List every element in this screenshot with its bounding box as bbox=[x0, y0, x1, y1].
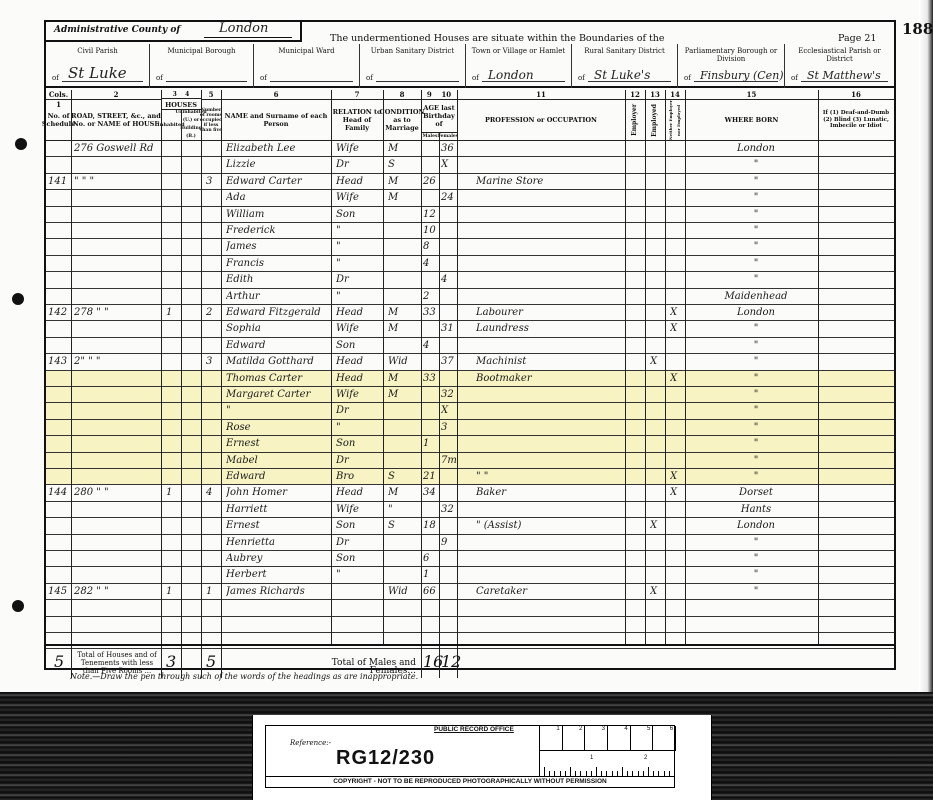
census-row: 1432" " "3Matilda GotthardHeadWid37Machi… bbox=[46, 354, 894, 370]
cell-born bbox=[696, 600, 816, 616]
cell-schedule bbox=[48, 535, 71, 551]
cell-employer bbox=[630, 600, 644, 616]
col-num-16: 16 bbox=[818, 90, 894, 100]
cell-age-f: X bbox=[441, 157, 457, 173]
cell-neither bbox=[670, 387, 684, 403]
cell-age-m bbox=[423, 502, 439, 518]
census-row: 145282 " "11James RichardsWid66Caretaker… bbox=[46, 584, 894, 600]
cell-inhabited bbox=[166, 567, 180, 583]
cell-rooms bbox=[206, 256, 220, 272]
cell-inhabited bbox=[166, 436, 180, 452]
total-inhabited: 3 bbox=[166, 652, 176, 671]
cell-age-f: 31 bbox=[441, 321, 457, 337]
cell-age-f: 4 bbox=[441, 272, 457, 288]
cell-name: Elizabeth Lee bbox=[226, 141, 330, 157]
reference-card: PUBLIC RECORD OFFICE Reference:- RG12/23… bbox=[252, 715, 712, 800]
cell-inhabited bbox=[166, 600, 180, 616]
cell-age-f bbox=[441, 256, 457, 272]
cell-condition: S bbox=[388, 518, 420, 534]
cell-inhabited bbox=[166, 239, 180, 255]
cell-employed bbox=[650, 207, 664, 223]
cell-age-m: 33 bbox=[423, 371, 439, 387]
cell-age-m bbox=[423, 321, 439, 337]
cell-condition: Wid bbox=[388, 584, 420, 600]
cell-rooms bbox=[206, 289, 220, 305]
census-row: Thomas CarterHeadM33BootmakerX" bbox=[46, 371, 894, 387]
cell-address bbox=[74, 190, 160, 206]
cell-schedule bbox=[48, 436, 71, 452]
cell-relation: Dr bbox=[336, 157, 382, 173]
cell-schedule bbox=[48, 223, 71, 239]
cell-condition bbox=[388, 403, 420, 419]
cell-neither bbox=[670, 617, 684, 633]
cell-occupation bbox=[476, 387, 624, 403]
census-row: 144280 " "14John HomerHeadM34BakerXDorse… bbox=[46, 485, 894, 501]
cell-occupation bbox=[476, 239, 624, 255]
cell-condition bbox=[388, 453, 420, 469]
cell-employed bbox=[650, 403, 664, 419]
cell-age-f bbox=[441, 567, 457, 583]
cell-address bbox=[74, 518, 160, 534]
cell-name: William bbox=[226, 207, 330, 223]
census-row: James"8" bbox=[46, 239, 894, 255]
cell-relation: Wife bbox=[336, 321, 382, 337]
cell-employed bbox=[650, 305, 664, 321]
census-row bbox=[46, 617, 894, 633]
cell-age-m bbox=[423, 387, 439, 403]
cell-address bbox=[74, 436, 160, 452]
cell-name: Ernest bbox=[226, 436, 330, 452]
cell-employed bbox=[650, 551, 664, 567]
census-row: EdwardSon4" bbox=[46, 338, 894, 354]
area-ecclesiastical-parish: Ecclesiastical Parish or District of St … bbox=[784, 44, 894, 88]
cell-address: 2" " " bbox=[74, 354, 160, 370]
cell-employed bbox=[650, 453, 664, 469]
cell-employer bbox=[630, 403, 644, 419]
cell-inhabited bbox=[166, 207, 180, 223]
cell-age-m bbox=[423, 272, 439, 288]
cell-address bbox=[74, 453, 160, 469]
cell-age-m: 4 bbox=[423, 256, 439, 272]
cell-occupation: Labourer bbox=[476, 305, 624, 321]
cell-age-m: 34 bbox=[423, 485, 439, 501]
cell-employed bbox=[650, 502, 664, 518]
cell-address: 280 " " bbox=[74, 485, 160, 501]
cell-name: Aubrey bbox=[226, 551, 330, 567]
punch-hole bbox=[12, 293, 24, 305]
administrative-county-label: Administrative County of bbox=[54, 25, 180, 35]
cell-schedule bbox=[48, 321, 71, 337]
cell-name: Edward bbox=[226, 469, 330, 485]
cell-inhabited bbox=[166, 272, 180, 288]
cell-address bbox=[74, 617, 160, 633]
cell-rooms bbox=[206, 371, 220, 387]
cell-neither bbox=[670, 567, 684, 583]
cell-age-m: 1 bbox=[423, 567, 439, 583]
cell-condition: M bbox=[388, 485, 420, 501]
cell-born: " bbox=[696, 584, 816, 600]
col-num-12: 12 bbox=[625, 90, 645, 100]
cell-employed bbox=[650, 223, 664, 239]
cell-employer bbox=[630, 354, 644, 370]
census-row: Herbert"1" bbox=[46, 567, 894, 583]
cell-employer bbox=[630, 256, 644, 272]
cell-condition bbox=[388, 600, 420, 616]
cell-occupation bbox=[476, 141, 624, 157]
area-rural-sanitary-district: Rural Sanitary District of St Luke's bbox=[571, 44, 677, 88]
cell-born: " bbox=[696, 535, 816, 551]
cell-name: John Homer bbox=[226, 485, 330, 501]
cell-employed bbox=[650, 567, 664, 583]
census-row bbox=[46, 600, 894, 616]
cell-age-f: 36 bbox=[441, 141, 457, 157]
cell-schedule bbox=[48, 338, 71, 354]
cell-name: James bbox=[226, 239, 330, 255]
cell-employer bbox=[630, 420, 644, 436]
census-row: AubreySon6" bbox=[46, 551, 894, 567]
cell-condition bbox=[388, 239, 420, 255]
cell-born: " bbox=[696, 321, 816, 337]
census-row: Arthur"2Maidenhead bbox=[46, 289, 894, 305]
cell-rooms bbox=[206, 207, 220, 223]
cell-relation: Head bbox=[336, 485, 382, 501]
cell-address bbox=[74, 239, 160, 255]
cell-schedule: 145 bbox=[48, 584, 71, 600]
cell-condition: M bbox=[388, 190, 420, 206]
cell-inhabited bbox=[166, 453, 180, 469]
cell-age-m bbox=[423, 600, 439, 616]
cell-neither bbox=[670, 502, 684, 518]
cell-inhabited bbox=[166, 256, 180, 272]
cell-relation: Head bbox=[336, 371, 382, 387]
cell-employer bbox=[630, 485, 644, 501]
cell-rooms bbox=[206, 141, 220, 157]
area-municipal-borough: Municipal Borough of bbox=[149, 44, 253, 88]
cell-name: Lizzie bbox=[226, 157, 330, 173]
cell-schedule bbox=[48, 239, 71, 255]
reference-label: Reference:- bbox=[290, 739, 331, 747]
cell-born: " bbox=[696, 436, 816, 452]
punch-hole bbox=[12, 600, 24, 612]
cell-occupation bbox=[476, 420, 624, 436]
cell-schedule bbox=[48, 518, 71, 534]
cell-born: " bbox=[696, 403, 816, 419]
cell-occupation: Baker bbox=[476, 485, 624, 501]
cell-born: " bbox=[696, 371, 816, 387]
cell-age-f bbox=[441, 551, 457, 567]
cell-relation: Head bbox=[336, 305, 382, 321]
cell-age-m bbox=[423, 453, 439, 469]
cell-born: " bbox=[696, 453, 816, 469]
cell-name bbox=[226, 600, 330, 616]
cell-condition bbox=[388, 289, 420, 305]
cell-neither bbox=[670, 272, 684, 288]
cell-address bbox=[74, 567, 160, 583]
col-num-11: 11 bbox=[457, 90, 625, 100]
cell-age-f: 32 bbox=[441, 387, 457, 403]
col-num-6: 6 bbox=[221, 90, 331, 100]
cell-address bbox=[74, 289, 160, 305]
cell-relation: Son bbox=[336, 551, 382, 567]
cell-occupation: Laundress bbox=[476, 321, 624, 337]
cell-address: " " " bbox=[74, 174, 160, 190]
cell-rooms bbox=[206, 518, 220, 534]
cell-relation: " bbox=[336, 567, 382, 583]
cell-neither bbox=[670, 338, 684, 354]
cell-employer bbox=[630, 518, 644, 534]
cell-address bbox=[74, 403, 160, 419]
cell-name: Mabel bbox=[226, 453, 330, 469]
punch-hole bbox=[15, 138, 27, 150]
cell-employed bbox=[650, 371, 664, 387]
col-header-occupation: PROFESSION or OCCUPATION bbox=[457, 100, 625, 140]
cell-name: Harriett bbox=[226, 502, 330, 518]
cell-employed bbox=[650, 600, 664, 616]
cell-age-m bbox=[423, 190, 439, 206]
cell-relation: Wife bbox=[336, 141, 382, 157]
cell-inhabited bbox=[166, 403, 180, 419]
census-row: Francis"4" bbox=[46, 256, 894, 272]
cell-rooms bbox=[206, 551, 220, 567]
census-row: Rose"3" bbox=[46, 420, 894, 436]
col-header-neither: Neither Employer nor Employed bbox=[665, 100, 685, 140]
cell-born: " bbox=[696, 239, 816, 255]
cell-address bbox=[74, 272, 160, 288]
cell-neither bbox=[670, 600, 684, 616]
census-row: WilliamSon12" bbox=[46, 207, 894, 223]
cell-employer bbox=[630, 207, 644, 223]
col-header-where-born: WHERE BORN bbox=[685, 100, 818, 140]
cell-neither bbox=[670, 453, 684, 469]
col-header-address: ROAD, STREET, &c., and No. or NAME of HO… bbox=[71, 100, 161, 140]
total-rooms: 5 bbox=[206, 652, 216, 671]
cell-rooms bbox=[206, 600, 220, 616]
area-parliamentary-borough: Parliamentary Borough or Division of Fin… bbox=[677, 44, 784, 88]
cell-employer bbox=[630, 387, 644, 403]
cell-rooms: 3 bbox=[206, 174, 220, 190]
cell-age-f bbox=[441, 584, 457, 600]
area-town-village-hamlet: Town or Village or Hamlet of London bbox=[465, 44, 571, 88]
cell-occupation bbox=[476, 436, 624, 452]
cell-neither bbox=[670, 223, 684, 239]
col-header-males: Males bbox=[421, 132, 439, 140]
age-group-header: AGE last Birthday of bbox=[421, 100, 457, 132]
cell-employed bbox=[650, 436, 664, 452]
cell-address: 278 " " bbox=[74, 305, 160, 321]
cell-employer bbox=[630, 272, 644, 288]
cell-age-m bbox=[423, 157, 439, 173]
cell-rooms bbox=[206, 387, 220, 403]
cell-name: Frederick bbox=[226, 223, 330, 239]
cell-employed: X bbox=[650, 518, 664, 534]
col-header-employer: Employer bbox=[625, 100, 645, 140]
cell-inhabited bbox=[166, 518, 180, 534]
col-header-uninhabited: Uninhabited (U.) or Building (B.) bbox=[181, 110, 201, 140]
cell-name: Ernest bbox=[226, 518, 330, 534]
cell-neither: X bbox=[670, 321, 684, 337]
cell-born: " bbox=[696, 420, 816, 436]
cell-occupation bbox=[476, 403, 624, 419]
cell-age-f bbox=[441, 469, 457, 485]
cell-born: London bbox=[696, 305, 816, 321]
cell-schedule bbox=[48, 207, 71, 223]
cell-relation bbox=[336, 600, 382, 616]
cell-born: Hants bbox=[696, 502, 816, 518]
col-num-2: 2 bbox=[71, 90, 161, 100]
cell-address bbox=[74, 157, 160, 173]
cell-inhabited bbox=[166, 387, 180, 403]
col-header-condition: CONDITION as to Marriage bbox=[383, 100, 421, 140]
cell-employer bbox=[630, 223, 644, 239]
cell-rooms bbox=[206, 338, 220, 354]
cell-address bbox=[74, 387, 160, 403]
cell-rooms bbox=[206, 469, 220, 485]
cell-age-f: 9 bbox=[441, 535, 457, 551]
cell-inhabited bbox=[166, 354, 180, 370]
cell-age-f bbox=[441, 174, 457, 190]
cell-inhabited bbox=[166, 551, 180, 567]
cell-occupation bbox=[476, 502, 624, 518]
cell-schedule bbox=[48, 190, 71, 206]
cell-occupation bbox=[476, 338, 624, 354]
cell-neither bbox=[670, 239, 684, 255]
cell-neither bbox=[670, 420, 684, 436]
cell-age-f bbox=[441, 518, 457, 534]
cell-schedule: 143 bbox=[48, 354, 71, 370]
cell-relation: Son bbox=[336, 518, 382, 534]
cell-occupation: Bootmaker bbox=[476, 371, 624, 387]
cell-relation: Dr bbox=[336, 403, 382, 419]
cell-inhabited bbox=[166, 535, 180, 551]
cell-employer bbox=[630, 617, 644, 633]
cell-inhabited bbox=[166, 174, 180, 190]
cell-employed bbox=[650, 321, 664, 337]
cell-employed bbox=[650, 141, 664, 157]
cell-age-f: 7m bbox=[441, 453, 457, 469]
cell-relation: Dr bbox=[336, 272, 382, 288]
cell-name: James Richards bbox=[226, 584, 330, 600]
col-header-relation: RELATION to Head of Family bbox=[331, 100, 383, 140]
cell-age-m: 8 bbox=[423, 239, 439, 255]
cell-age-m: 10 bbox=[423, 223, 439, 239]
cell-age-m: 26 bbox=[423, 174, 439, 190]
cell-age-f: 3 bbox=[441, 420, 457, 436]
cell-inhabited bbox=[166, 321, 180, 337]
cell-condition bbox=[388, 420, 420, 436]
cell-inhabited bbox=[166, 157, 180, 173]
cell-employed bbox=[650, 239, 664, 255]
cell-name: Edward Fitzgerald bbox=[226, 305, 330, 321]
cell-occupation: Marine Store bbox=[476, 174, 624, 190]
boundary-statement: The undermentioned Houses are situate wi… bbox=[330, 33, 665, 44]
col-header-rooms: Number of rooms occupied if less than fi… bbox=[201, 100, 221, 140]
cell-employed bbox=[650, 535, 664, 551]
cell-employer bbox=[630, 157, 644, 173]
cell-inhabited: 1 bbox=[166, 305, 180, 321]
col-num-5: 5 bbox=[201, 90, 221, 100]
cell-name: Edward bbox=[226, 338, 330, 354]
cell-employed: X bbox=[650, 584, 664, 600]
cell-neither: X bbox=[670, 469, 684, 485]
cell-neither bbox=[670, 256, 684, 272]
cell-neither bbox=[670, 584, 684, 600]
cell-born: London bbox=[696, 518, 816, 534]
administrative-county-box: Administrative County of London bbox=[44, 20, 302, 42]
cell-born: London bbox=[696, 141, 816, 157]
census-row: SophiaWifeM31LaundressX" bbox=[46, 321, 894, 337]
cell-name: Francis bbox=[226, 256, 330, 272]
cell-schedule bbox=[48, 289, 71, 305]
cell-inhabited bbox=[166, 190, 180, 206]
cell-name: Matilda Gotthard bbox=[226, 354, 330, 370]
cell-rooms bbox=[206, 567, 220, 583]
cell-schedule bbox=[48, 469, 71, 485]
col-num-14: 14 bbox=[665, 90, 685, 100]
cell-condition bbox=[388, 338, 420, 354]
folio-number: 188 bbox=[902, 20, 933, 38]
cell-employer bbox=[630, 453, 644, 469]
col-header-name: NAME and Surname of each Person bbox=[221, 100, 331, 140]
cell-relation: Dr bbox=[336, 535, 382, 551]
reference-number: RG12/230 bbox=[336, 747, 435, 770]
cell-occupation bbox=[476, 535, 624, 551]
cell-rooms bbox=[206, 272, 220, 288]
cell-age-f bbox=[441, 239, 457, 255]
cell-born: " bbox=[696, 567, 816, 583]
cell-relation: Wife bbox=[336, 502, 382, 518]
cell-schedule bbox=[48, 387, 71, 403]
cell-occupation bbox=[476, 190, 624, 206]
cell-condition bbox=[388, 272, 420, 288]
cell-age-f bbox=[441, 436, 457, 452]
cell-address bbox=[74, 420, 160, 436]
cell-schedule bbox=[48, 567, 71, 583]
cell-neither bbox=[670, 518, 684, 534]
cell-age-m: 66 bbox=[423, 584, 439, 600]
cell-schedule bbox=[48, 256, 71, 272]
cell-address bbox=[74, 551, 160, 567]
cell-neither bbox=[670, 190, 684, 206]
cell-employed bbox=[650, 617, 664, 633]
cell-rooms bbox=[206, 436, 220, 452]
col-num-1: Cols. 1 bbox=[46, 90, 71, 100]
cell-condition: M bbox=[388, 371, 420, 387]
cell-born bbox=[696, 617, 816, 633]
cell-age-m bbox=[423, 535, 439, 551]
cell-relation: Bro bbox=[336, 469, 382, 485]
cell-born: " bbox=[696, 272, 816, 288]
cell-employed bbox=[650, 420, 664, 436]
cell-age-m: 2 bbox=[423, 289, 439, 305]
col-num-9-10: 9 10 bbox=[421, 90, 457, 100]
cell-born: " bbox=[696, 338, 816, 354]
cell-employed bbox=[650, 174, 664, 190]
cell-condition: M bbox=[388, 321, 420, 337]
copyright-notice: COPYRIGHT - NOT TO BE REPRODUCED PHOTOGR… bbox=[266, 778, 674, 785]
cell-occupation: " (Assist) bbox=[476, 518, 624, 534]
cell-condition bbox=[388, 535, 420, 551]
cell-rooms bbox=[206, 502, 220, 518]
area-header-row: Civil Parish of St Luke Municipal Boroug… bbox=[46, 44, 894, 88]
cell-condition bbox=[388, 223, 420, 239]
cell-inhabited: 1 bbox=[166, 584, 180, 600]
census-row: ErnestSon1" bbox=[46, 436, 894, 452]
cell-name: Arthur bbox=[226, 289, 330, 305]
cell-relation: Son bbox=[336, 207, 382, 223]
cell-employer bbox=[630, 239, 644, 255]
cell-schedule: 141 bbox=[48, 174, 71, 190]
cell-employer bbox=[630, 190, 644, 206]
